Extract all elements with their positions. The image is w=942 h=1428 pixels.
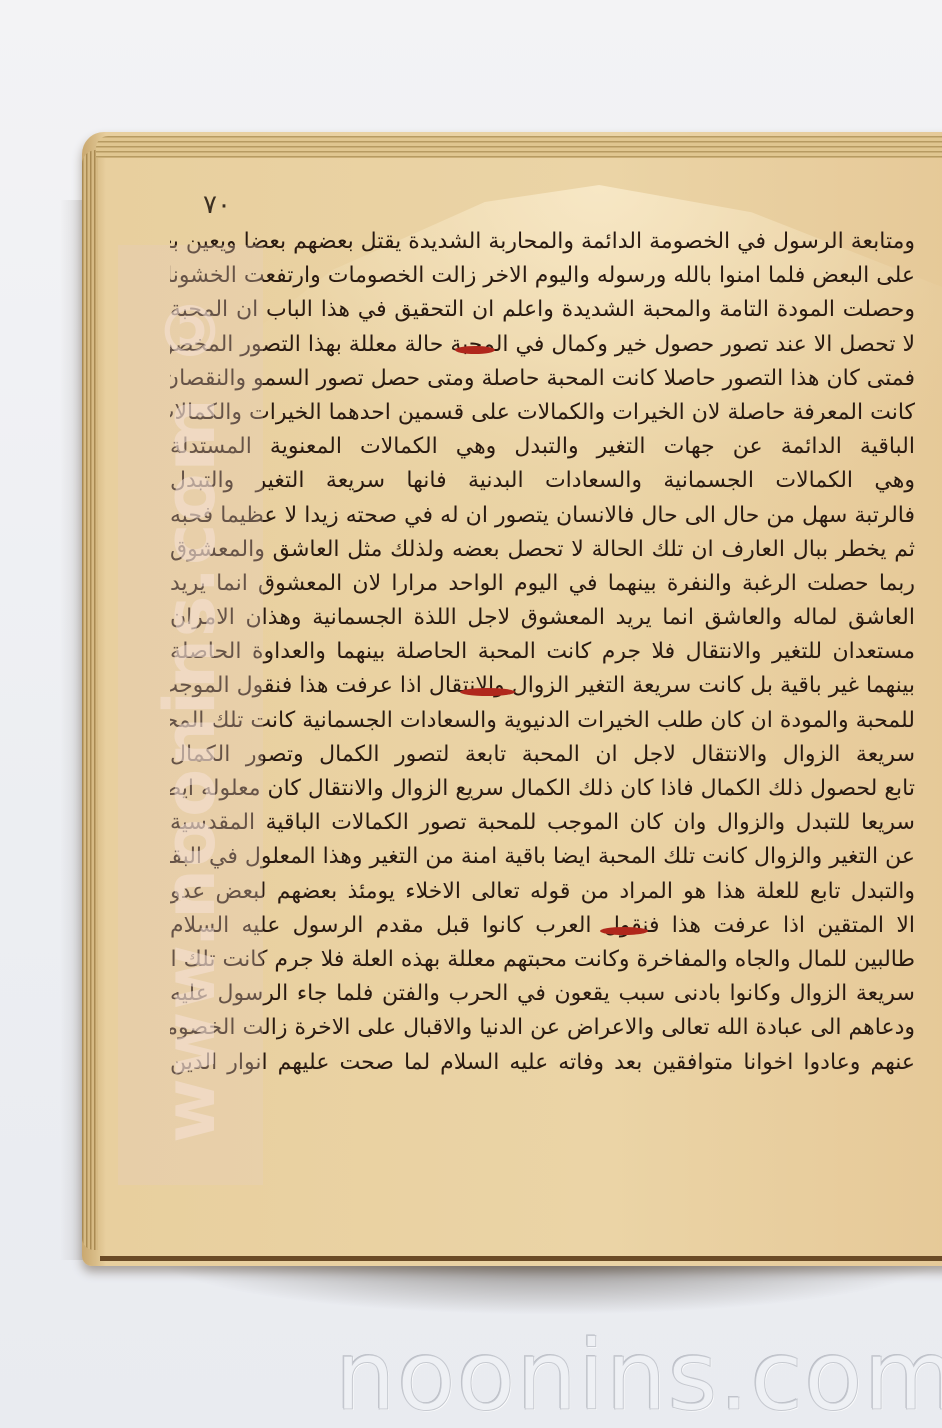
manuscript-line: للمحبة والمودة ان كان طلب الخيرات الدنيو… bbox=[170, 704, 915, 738]
manuscript-line: والتبدل تابع للعلة هذا هو المراد من قوله… bbox=[170, 875, 915, 909]
manuscript-line: فمتى كان هذا التصور حاصلا كانت المحبة حا… bbox=[170, 362, 915, 396]
manuscript-line: بينهما غير باقية بل كانت سريعة التغير ال… bbox=[170, 669, 915, 703]
manuscript-line: وحصلت المودة التامة والمحبة الشديدة واعل… bbox=[170, 293, 915, 327]
page-edges-left bbox=[82, 150, 98, 1250]
manuscript-line: لا تحصل الا عند تصور حصول خير وكمال في ا… bbox=[170, 328, 915, 362]
manuscript-line: تابع لحصول ذلك الكمال فاذا كان ذلك الكما… bbox=[170, 772, 915, 806]
watermark-bottom: noonins.com bbox=[335, 1320, 942, 1428]
rubric-mark bbox=[460, 688, 515, 696]
manuscript-text-block: ومتابعة الرسول في الخصومة الدائمة والمحا… bbox=[170, 225, 915, 1080]
manuscript-line: الا المتقين اذا عرفت هذا فنقول العرب كان… bbox=[170, 909, 915, 943]
manuscript-line: عنهم وعادوا اخوانا متوافقين بعد وفاته عل… bbox=[170, 1046, 915, 1080]
watermark-vertical: www.noonins.com © bbox=[150, 250, 230, 1180]
manuscript-line: ودعاهم الى عبادة الله تعالى والاعراض عن … bbox=[170, 1011, 915, 1045]
manuscript-line: سريعة الزوال وكانوا بادنى سبب يقعون في ا… bbox=[170, 977, 915, 1011]
manuscript-line: ومتابعة الرسول في الخصومة الدائمة والمحا… bbox=[170, 225, 915, 259]
manuscript-line: مستعدان للتغير والانتقال فلا جرم كانت ال… bbox=[170, 635, 915, 669]
manuscript-line: فالرتبة سهل من حال الى حال فالانسان يتصو… bbox=[170, 499, 915, 533]
manuscript-line: وهي الكمالات الجسمانية والسعادات البدنية… bbox=[170, 464, 915, 498]
manuscript-line: على البعض فلما امنوا بالله ورسوله واليوم… bbox=[170, 259, 915, 293]
manuscript-line: سريعا للتبدل والزوال وان كان الموجب للمح… bbox=[170, 806, 915, 840]
manuscript-line: العاشق لماله والعاشق انما يريد المعشوق ل… bbox=[170, 601, 915, 635]
rubric-mark bbox=[600, 927, 648, 935]
manuscript-line: ثم يخطر ببال العارف ان تلك الحالة لا تحص… bbox=[170, 533, 915, 567]
manuscript-line: سريعة الزوال والانتقال لاجل ان المحبة تا… bbox=[170, 738, 915, 772]
manuscript-line: عن التغير والزوال كانت تلك المحبة ايضا ب… bbox=[170, 840, 915, 874]
manuscript-line: طالبين للمال والجاه والمفاخرة وكانت محبت… bbox=[170, 943, 915, 977]
manuscript-line: ربما حصلت الرغبة والنفرة بينهما في اليوم… bbox=[170, 567, 915, 601]
rubric-mark bbox=[455, 346, 495, 354]
folio-number: ٧٠ bbox=[203, 190, 231, 220]
manuscript-line: الباقية الدائمة عن جهات التغير والتبدل و… bbox=[170, 430, 915, 464]
page-edge-bottom bbox=[100, 1256, 942, 1261]
page-edges-top bbox=[96, 136, 942, 158]
manuscript-line: كانت المعرفة حاصلة لان الخيرات والكمالات… bbox=[170, 396, 915, 430]
